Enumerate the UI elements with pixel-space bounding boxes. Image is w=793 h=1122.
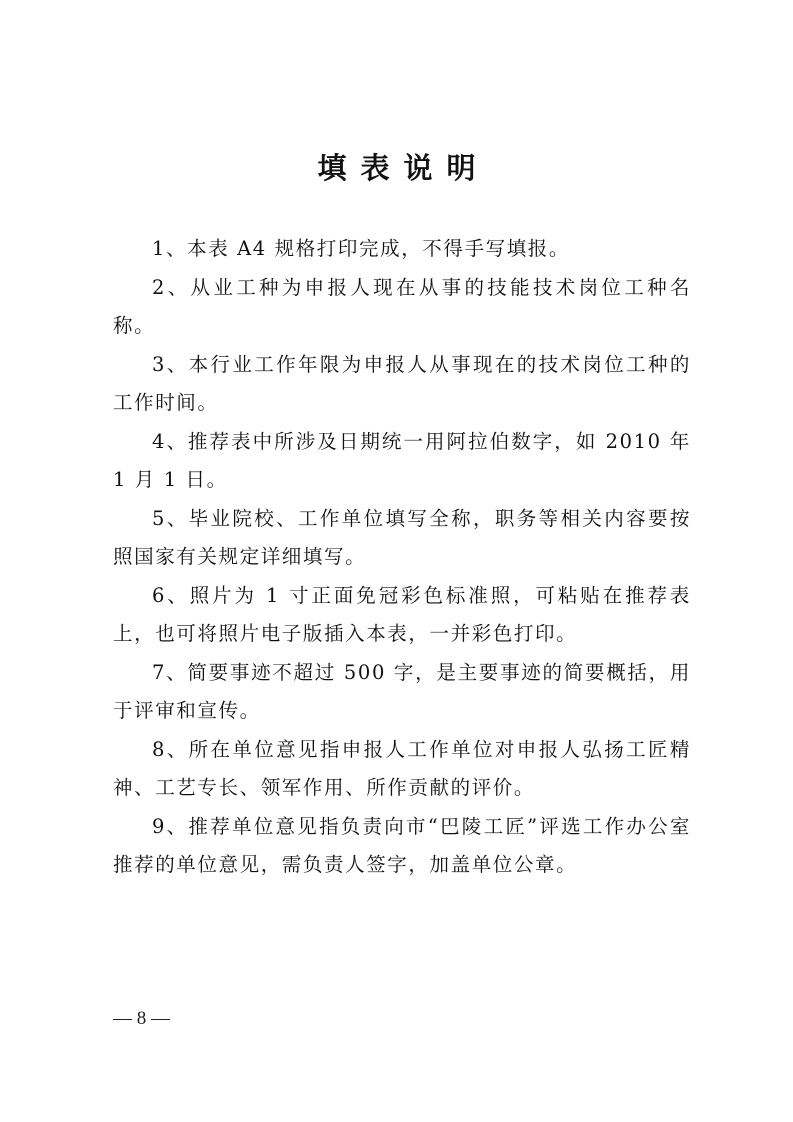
instruction-item-5: 5、毕业院校、工作单位填写全称，职务等相关内容要按照国家有关规定详细填写。 bbox=[113, 500, 691, 577]
instruction-item-2: 2、从业工种为申报人现在从事的技能技术岗位工种名称。 bbox=[113, 269, 691, 346]
instructions-list: 1、本表 A4 规格打印完成，不得手写填报。 2、从业工种为申报人现在从事的技能… bbox=[113, 230, 691, 885]
instruction-item-7: 7、简要事迹不超过 500 字，是主要事迹的简要概括，用于评审和宣传。 bbox=[113, 654, 691, 731]
instruction-item-1: 1、本表 A4 规格打印完成，不得手写填报。 bbox=[113, 230, 691, 269]
instruction-item-6: 6、照片为 1 寸正面免冠彩色标准照，可粘贴在推荐表上，也可将照片电子版插入本表… bbox=[113, 577, 691, 654]
page-title: 填表说明 bbox=[0, 146, 793, 187]
instruction-item-3: 3、本行业工作年限为申报人从事现在的技术岗位工种的工作时间。 bbox=[113, 346, 691, 423]
instruction-item-8: 8、所在单位意见指申报人工作单位对申报人弘扬工匠精神、工艺专长、领军作用、所作贡… bbox=[113, 731, 691, 808]
instruction-item-4: 4、推荐表中所涉及日期统一用阿拉伯数字，如 2010 年 1 月 1 日。 bbox=[113, 423, 691, 500]
page-number: — 8 — bbox=[113, 1008, 170, 1030]
instruction-item-9: 9、推荐单位意见指负责向市“巴陵工匠”评选工作办公室推荐的单位意见，需负责人签字… bbox=[113, 808, 691, 885]
